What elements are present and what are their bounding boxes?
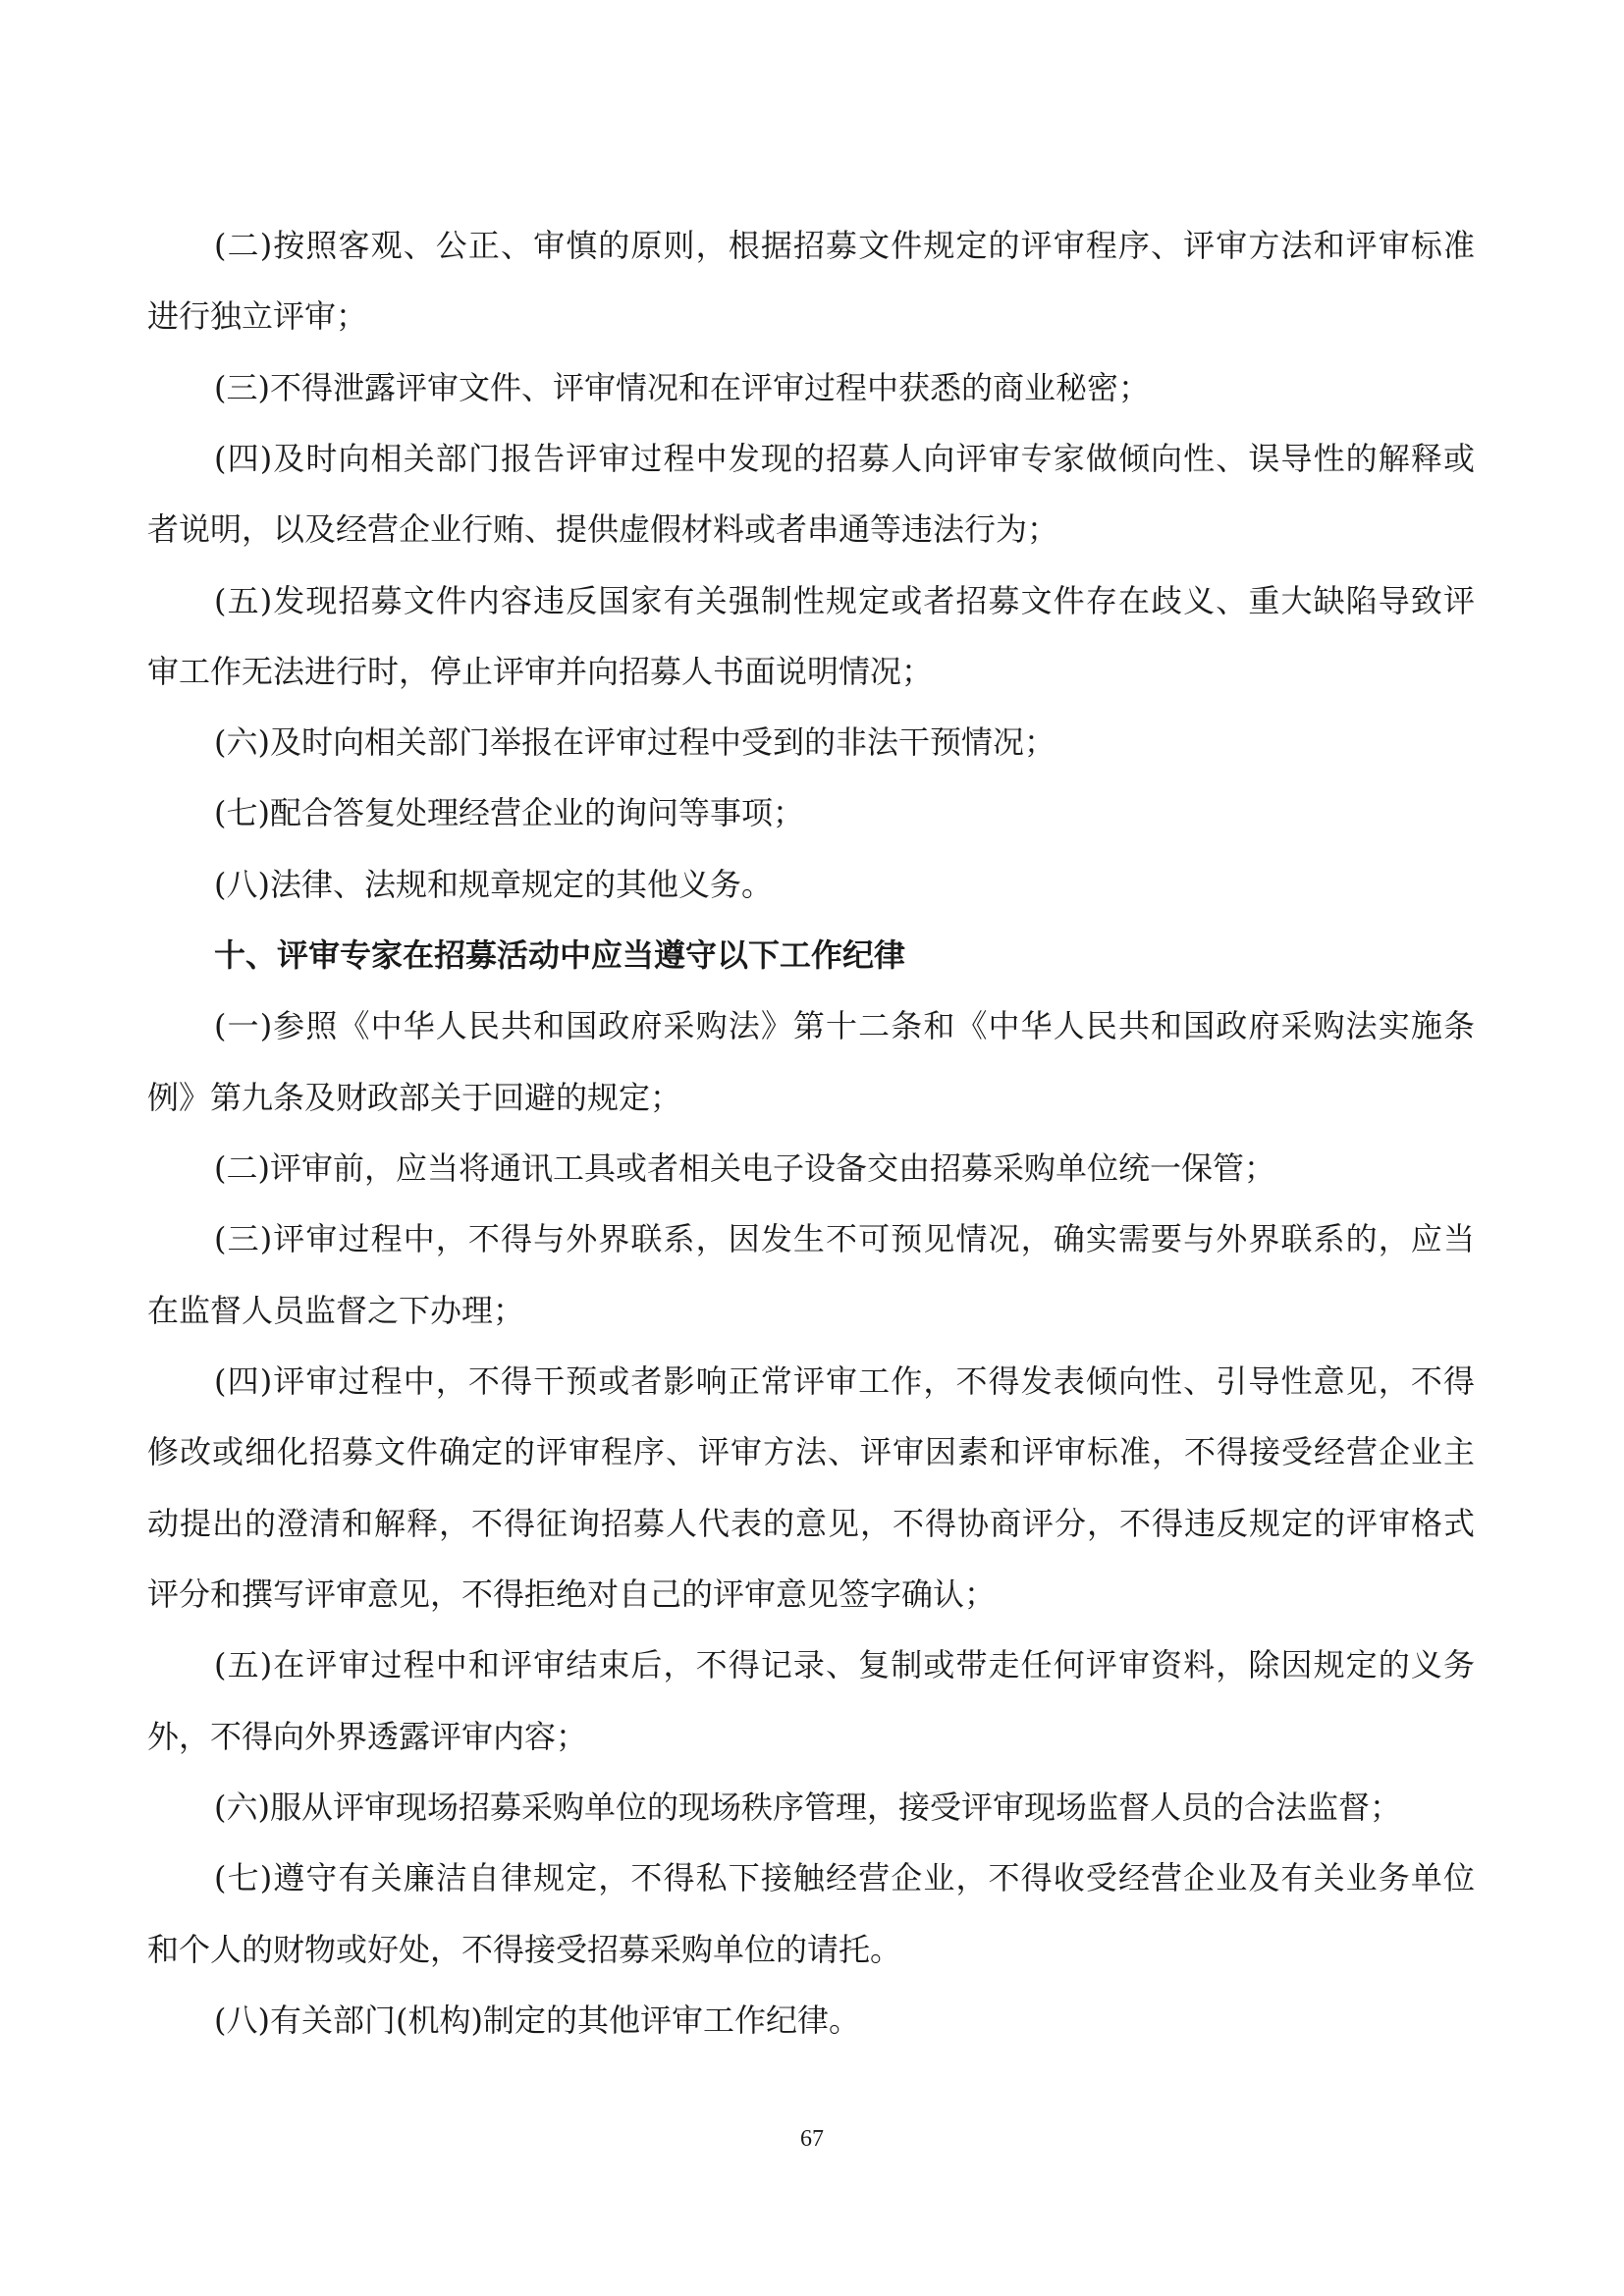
text-line: (五)发现招募文件内容违反国家有关强制性规定或者招募文件存在歧义、重大缺陷导致评 bbox=[214, 576, 1475, 625]
text-line: (三)评审过程中，不得与外界联系，因发生不可预见情况，确实需要与外界联系的，应当 bbox=[214, 1214, 1475, 1263]
text-line: 修改或细化招募文件确定的评审程序、评审方法、评审因素和评审标准，不得接受经营企业… bbox=[147, 1427, 1475, 1476]
document-page: (二)按照客观、公正、审慎的原则，根据招募文件规定的评审程序、评审方法和评审标准… bbox=[0, 0, 1624, 2296]
text-line: (六)及时向相关部门举报在评审过程中受到的非法干预情况； bbox=[214, 718, 1475, 767]
text-line: (一)参照《中华人民共和国政府采购法》第十二条和《中华人民共和国政府采购法实施条 bbox=[214, 1001, 1475, 1050]
text-line: (四)评审过程中，不得干预或者影响正常评审工作，不得发表倾向性、引导性意见，不得 bbox=[214, 1357, 1475, 1406]
text-line: (四)及时向相关部门报告评审过程中发现的招募人向评审专家做倾向性、误导性的解释或 bbox=[214, 434, 1475, 483]
text-line: (五)在评审过程中和评审结束后，不得记录、复制或带走任何评审资料，除因规定的义务 bbox=[214, 1640, 1475, 1689]
text-line: 者说明，以及经营企业行贿、提供虚假材料或者串通等违法行为； bbox=[147, 505, 1475, 554]
text-line: 外，不得向外界透露评审内容； bbox=[147, 1712, 1475, 1761]
text-line: (八)有关部门(机构)制定的其他评审工作纪律。 bbox=[214, 1996, 1475, 2045]
text-line: (六)服从评审现场招募采购单位的现场秩序管理，接受评审现场监督人员的合法监督； bbox=[214, 1783, 1475, 1832]
text-line: (七)遵守有关廉洁自律规定，不得私下接触经营企业，不得收受经营企业及有关业务单位 bbox=[214, 1853, 1475, 1902]
text-line: 和个人的财物或好处，不得接受招募采购单位的请托。 bbox=[147, 1925, 1475, 1974]
text-line: 动提出的澄清和解释，不得征询招募人代表的意见，不得协商评分，不得违反规定的评审格… bbox=[147, 1499, 1475, 1548]
text-line: 在监督人员监督之下办理； bbox=[147, 1286, 1475, 1335]
text-line: (二)按照客观、公正、审慎的原则，根据招募文件规定的评审程序、评审方法和评审标准 bbox=[214, 221, 1475, 270]
text-line: 进行独立评审； bbox=[147, 292, 1475, 341]
text-line: (二)评审前，应当将通讯工具或者相关电子设备交由招募采购单位统一保管； bbox=[214, 1144, 1475, 1193]
text-line: (三)不得泄露评审文件、评审情况和在评审过程中获悉的商业秘密； bbox=[214, 363, 1475, 412]
text-line: 审工作无法进行时，停止评审并向招募人书面说明情况； bbox=[147, 647, 1475, 696]
text-line: 评分和撰写评审意见，不得拒绝对自己的评审意见签字确认； bbox=[147, 1570, 1475, 1619]
page-number: 67 bbox=[0, 2126, 1624, 2153]
section-heading: 十、评审专家在招募活动中应当遵守以下工作纪律 bbox=[214, 931, 1475, 980]
text-line: (七)配合答复处理经营企业的询问等事项； bbox=[214, 788, 1475, 837]
text-line: 例》第九条及财政部关于回避的规定； bbox=[147, 1073, 1475, 1122]
text-line: (八)法律、法规和规章规定的其他义务。 bbox=[214, 860, 1475, 909]
